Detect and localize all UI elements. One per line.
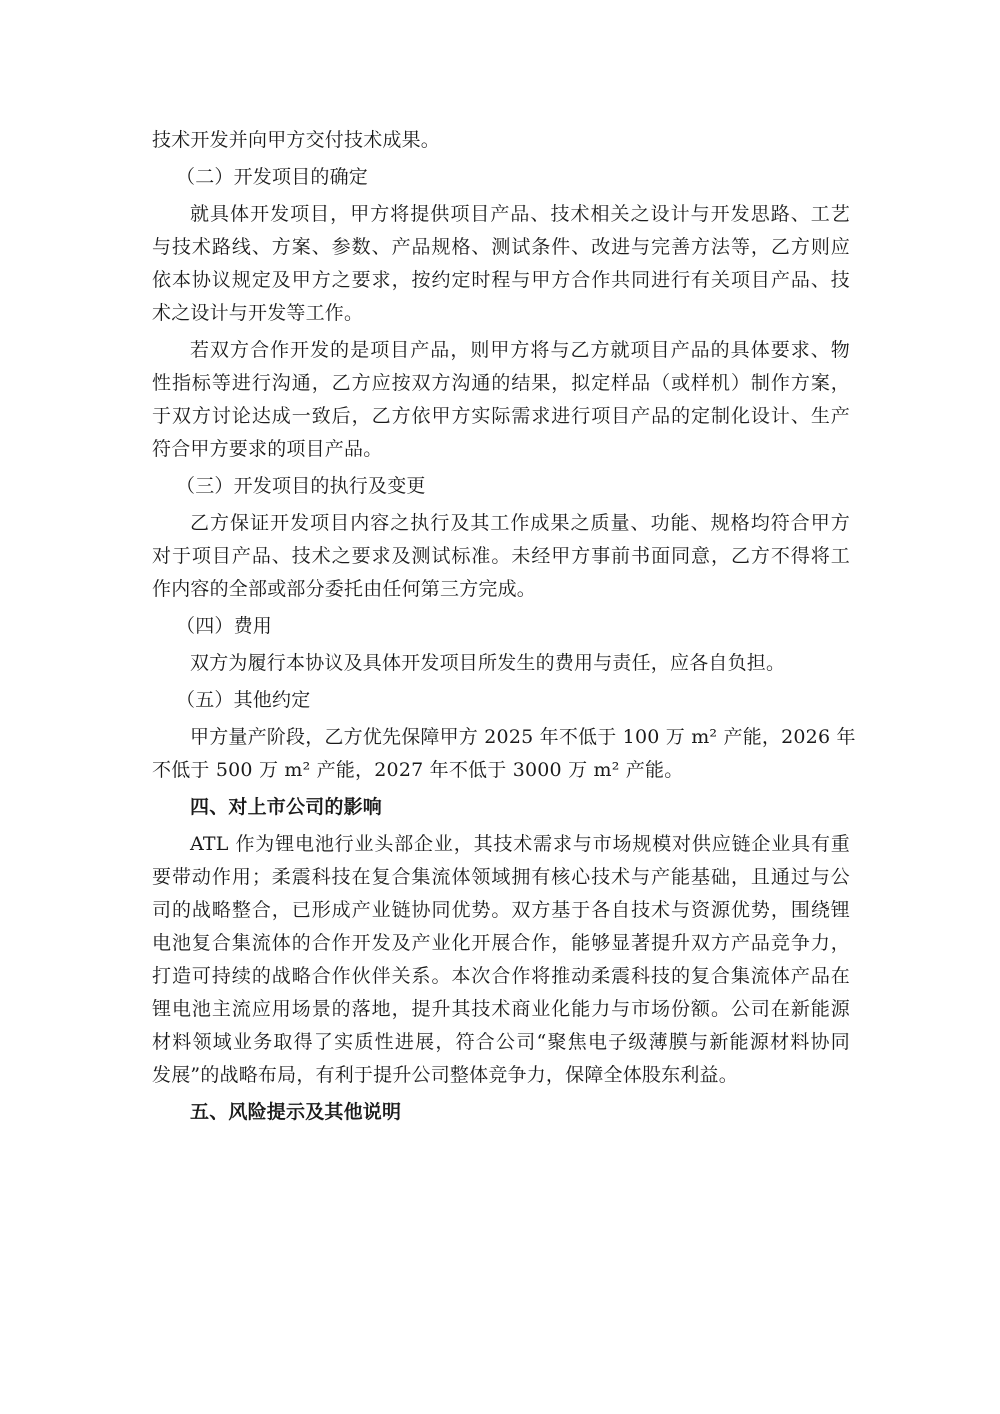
paragraph-line: 依本协议规定及甲方之要求，按约定时程与甲方合作共同进行有关项目产品、技 [152,264,850,297]
paragraph-line: 锂电池主流应用场景的落地，提升其技术商业化能力与市场份额。公司在新能源 [152,993,850,1026]
sub-heading-development-project-definition: （二）开发项目的确定 [152,161,850,194]
paragraph-end-line: 作内容的全部或部分委托由任何第三方完成。 [152,573,850,606]
document-page: 技术开发并向甲方交付技术成果。 （二）开发项目的确定 就具体开发项目，甲方将提供… [152,124,850,1129]
paragraph-line: 对于项目产品、技术之要求及测试标准。未经甲方事前书面同意，乙方不得将工 [152,540,850,573]
paragraph-line: 与技术路线、方案、参数、产品规格、测试条件、改进与完善方法等，乙方则应 [152,231,850,264]
paragraph-line: 于双方讨论达成一致后，乙方依甲方实际需求进行项目产品的定制化设计、生产 [152,400,850,433]
section-heading-risk-warning: 五、风险提示及其他说明 [152,1096,850,1129]
paragraph-line: 电池复合集流体的合作开发及产业化开展合作，能够显著提升双方产品竞争力， [152,927,850,960]
paragraph-line-capacity: 甲方量产阶段，乙方优先保障甲方 2025 年不低于 100 万 m² 产能，20… [152,721,850,754]
paragraph-line: ATL 作为锂电池行业头部企业，其技术需求与市场规模对供应链企业具有重 [152,828,850,861]
paragraph-end-line: 术之设计与开发等工作。 [152,297,850,330]
paragraph-end-line: 发展”的战略布局，有利于提升公司整体竞争力，保障全体股东利益。 [152,1059,850,1092]
paragraph-line: 司的战略整合，已形成产业链协同优势。双方基于各自技术与资源优势，围绕锂 [152,894,850,927]
paragraph-line: 性指标等进行沟通，乙方应按双方沟通的结果，拟定样品（或样机）制作方案， [152,367,850,400]
sub-heading-execution-and-changes: （三）开发项目的执行及变更 [152,470,850,503]
paragraph-line: 就具体开发项目，甲方将提供项目产品、技术相关之设计与开发思路、工艺 [152,198,850,231]
section-heading-impact-on-listed-company: 四、对上市公司的影响 [152,791,850,824]
paragraph-line: 若双方合作开发的是项目产品，则甲方将与乙方就项目产品的具体要求、物 [152,334,850,367]
paragraph-line: 乙方保证开发项目内容之执行及其工作成果之质量、功能、规格均符合甲方 [152,507,850,540]
paragraph-single-line: 双方为履行本协议及具体开发项目所发生的费用与责任，应各自负担。 [152,647,850,680]
sub-heading-fees: （四）费用 [152,610,850,643]
sub-heading-other-agreements: （五）其他约定 [152,684,850,717]
paragraph-line: 材料领域业务取得了实质性进展，符合公司“聚焦电子级薄膜与新能源材料协同 [152,1026,850,1059]
paragraph-end-line: 技术开发并向甲方交付技术成果。 [152,124,850,157]
paragraph-end-line: 符合甲方要求的项目产品。 [152,433,850,466]
paragraph-line: 要带动作用；柔震科技在复合集流体领域拥有核心技术与产能基础，且通过与公 [152,861,850,894]
paragraph-end-line-capacity: 不低于 500 万 m² 产能，2027 年不低于 3000 万 m² 产能。 [152,754,850,787]
paragraph-line: 打造可持续的战略合作伙伴关系。本次合作将推动柔震科技的复合集流体产品在 [152,960,850,993]
